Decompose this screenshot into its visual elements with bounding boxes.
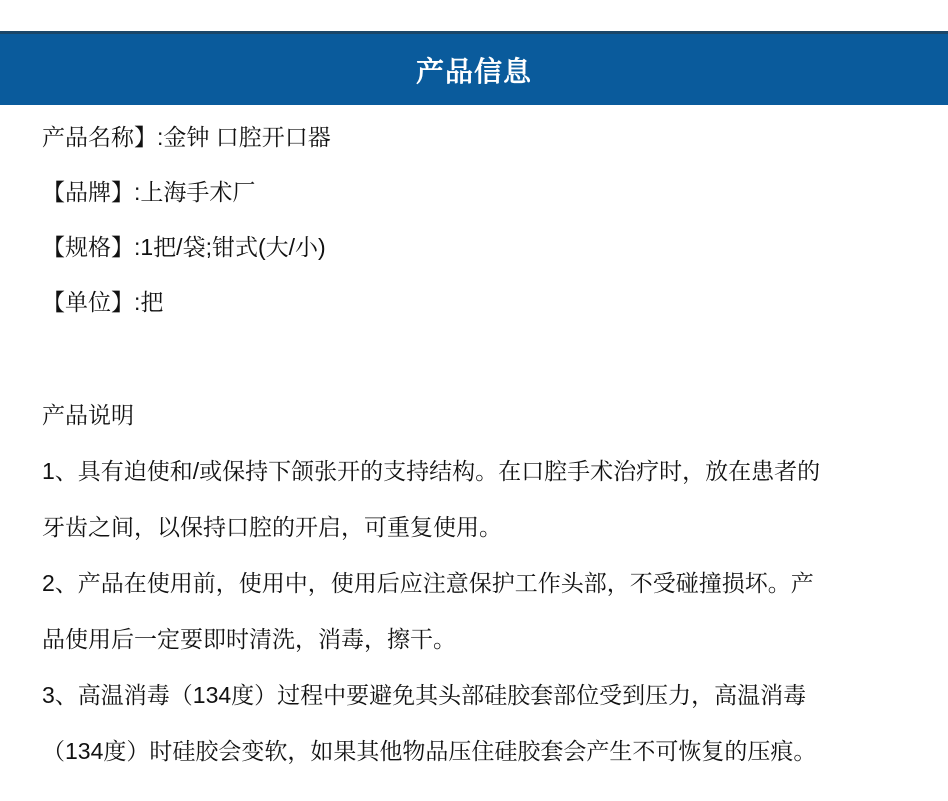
content-area: 产品名称】:金钟 口腔开口器 【品牌】:上海手术厂 【规格】:1把/袋;钳式(大… [0, 105, 948, 779]
attr-brand: 【品牌】:上海手术厂 [42, 165, 906, 220]
product-attributes: 产品名称】:金钟 口腔开口器 【品牌】:上海手术厂 【规格】:1把/袋;钳式(大… [42, 110, 906, 330]
description-heading: 产品说明 [42, 388, 906, 443]
description-paragraph-3: 3、高温消毒（134度）过程中要避免其头部硅胶套部位受到压力，高温消毒 （134… [42, 667, 906, 779]
attr-specification: 【规格】:1把/袋;钳式(大/小) [42, 220, 906, 275]
page-header: 产品信息 [0, 31, 948, 105]
description-paragraph-1: 1、具有迫使和/或保持下颌张开的支持结构。在口腔手术治疗时，放在患者的 牙齿之间… [42, 443, 906, 555]
page-title: 产品信息 [416, 50, 532, 90]
product-description: 产品说明 1、具有迫使和/或保持下颌张开的支持结构。在口腔手术治疗时，放在患者的… [42, 388, 906, 779]
description-paragraph-2: 2、产品在使用前，使用中，使用后应注意保护工作头部，不受碰撞损坏。产 品使用后一… [42, 555, 906, 667]
attr-product-name: 产品名称】:金钟 口腔开口器 [42, 110, 906, 165]
attr-unit: 【单位】:把 [42, 275, 906, 330]
product-info-page: 产品信息 产品名称】:金钟 口腔开口器 【品牌】:上海手术厂 【规格】:1把/袋… [0, 0, 948, 801]
